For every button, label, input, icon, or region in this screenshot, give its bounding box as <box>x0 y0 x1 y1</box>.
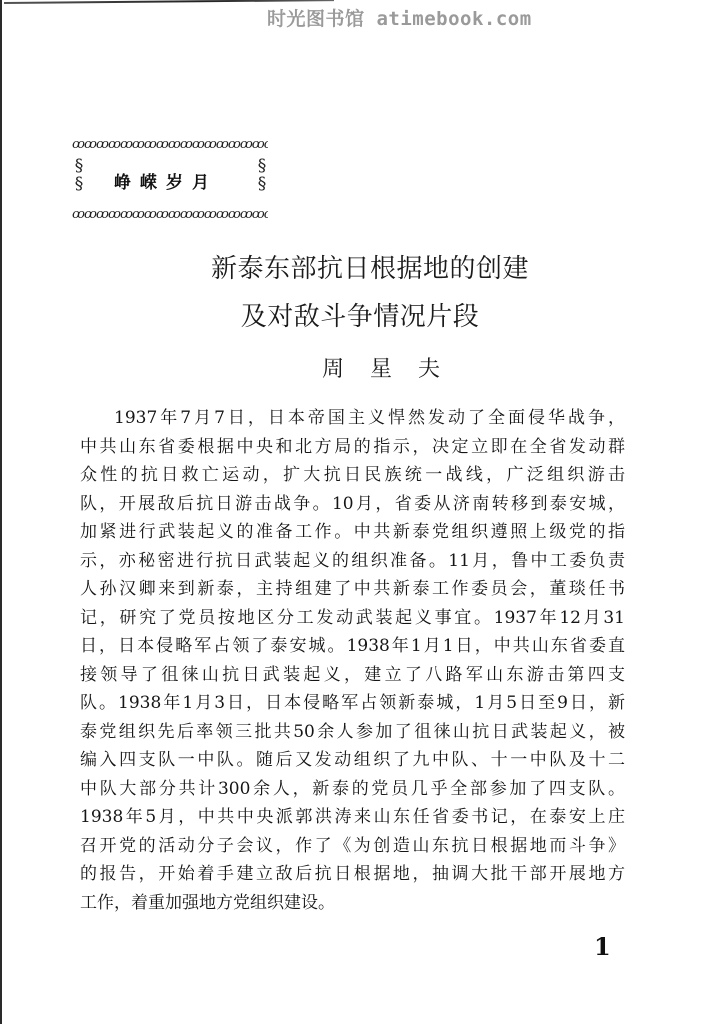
body-line: 中共山东省委根据中央和北方局的指示，决定立即在全省发动群 <box>80 433 625 462</box>
body-line: 队，开展敌后抗日游击战争。10月，省委从济南转移到泰安城， <box>80 490 625 519</box>
body-line: 工作，着重加强地方党组织建设。 <box>80 889 625 918</box>
column-header-box: ꝏꝏꝏꝏꝏꝏꝏꝏꝏꝏꝏꝏꝏꝏꝏꝏꝏꝏꝏꝏ § § 峥嵘岁月 § § ꝏꝏꝏꝏꝏꝏ… <box>72 138 268 222</box>
article-title-line-1: 新泰东部抗日根据地的创建 <box>12 248 716 285</box>
page-number: 1 <box>594 932 611 961</box>
column-title: 峥嵘岁月 <box>114 168 218 193</box>
watermark: 时光图书馆 atimebook.com <box>267 4 532 31</box>
body-line: 1938年5月，中共中央派郭洪涛来山东任省委书记，在泰安上庄 <box>80 803 625 832</box>
article-body: 1937年7月7日，日本帝国主义悍然发动了全面侵华战争， 中共山东省委根据中央和… <box>80 404 640 917</box>
body-line: 记，研究了党员按地区分工发动武装起义事宜。1937年12月31 <box>80 604 625 633</box>
page-left-edge <box>0 0 2 1024</box>
body-line: 队。1938年1月3日，日本侵略军占领新泰城，1月5日至9日，新 <box>80 689 625 718</box>
body-line: 召开党的活动分子会议，作了《为创造山东抗日根据地而斗争》 <box>80 832 625 861</box>
body-line: 的报告，开始着手建立敌后抗日根据地，抽调大批干部开展地方 <box>80 860 625 889</box>
section-mark-icon: § <box>72 158 86 175</box>
ornament-border-top: ꝏꝏꝏꝏꝏꝏꝏꝏꝏꝏꝏꝏꝏꝏꝏꝏꝏꝏꝏꝏ <box>72 138 268 152</box>
body-line: 接领导了徂徕山抗日武装起义，建立了八路军山东游击第四支 <box>80 661 625 690</box>
body-line: 众性的抗日救亡运动，扩大抗日民族统一战线，广泛组织游击 <box>80 461 625 490</box>
body-line: 中队大部分共计300余人，新泰的党员几乎全部参加了四支队。 <box>80 775 625 804</box>
section-mark-icon: § <box>255 176 269 193</box>
body-line: 1937年7月7日，日本帝国主义悍然发动了全面侵华战争， <box>80 404 625 433</box>
body-line: 编入四支队一中队。随后又发动组织了九中队、十一中队及十二 <box>80 746 625 775</box>
ornament-border-bottom: ꝏꝏꝏꝏꝏꝏꝏꝏꝏꝏꝏꝏꝏꝏꝏꝏꝏꝏꝏꝏ <box>72 208 268 222</box>
body-line: 加紧进行武装起义的准备工作。中共新泰党组织遵照上级党的指 <box>80 518 625 547</box>
body-line: 泰党组织先后率领三批共50余人参加了徂徕山抗日武装起义，被 <box>80 718 625 747</box>
section-mark-icon: § <box>72 176 86 193</box>
author-name: 周星夫 <box>0 352 716 383</box>
section-mark-icon: § <box>255 158 269 175</box>
article-title-line-2: 及对敌斗争情况片段 <box>2 296 716 333</box>
body-line: 示，亦秘密进行抗日武装起义的组织准备。11月，鲁中工委负责 <box>80 547 625 576</box>
body-line: 人孙汉卿来到新泰，主持组建了中共新泰工作委员会，董琰任书 <box>80 575 625 604</box>
body-line: 日，日本侵略军占领了泰安城。1938年1月1日，中共山东省委直 <box>80 632 625 661</box>
